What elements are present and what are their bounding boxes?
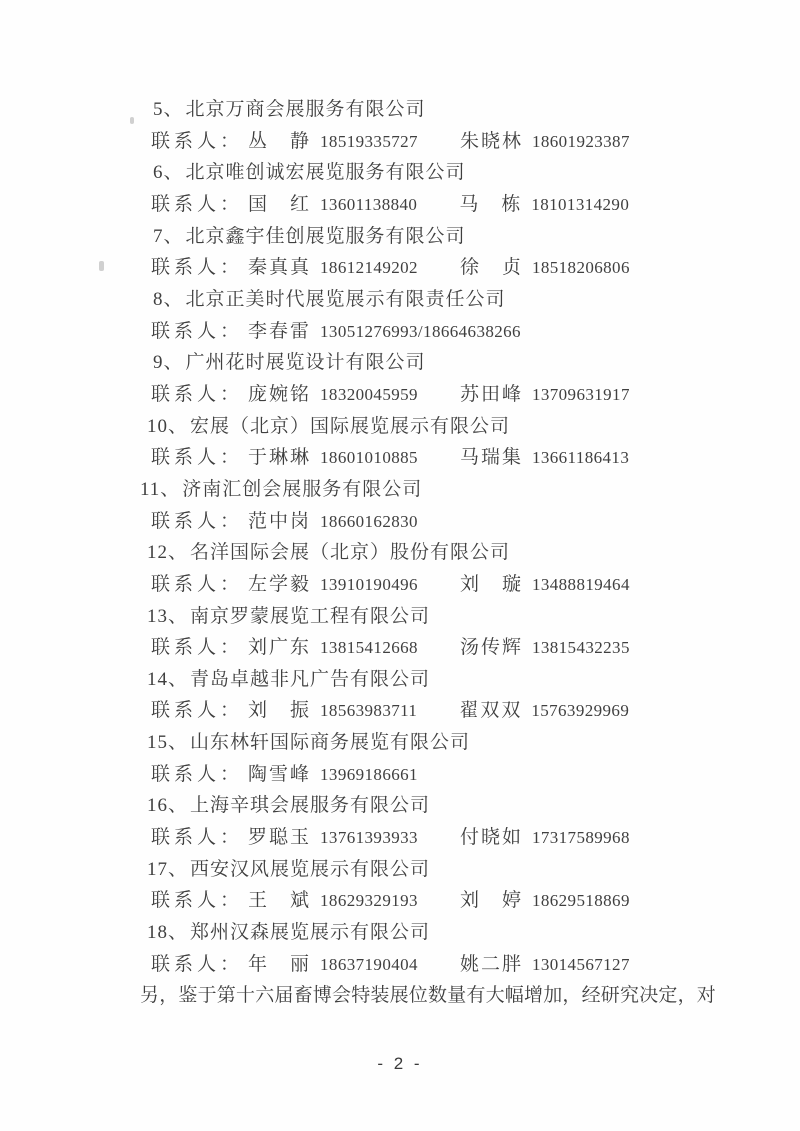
contact-name: 罗聪玉 [248,822,311,854]
company-name-line: 14、青岛卓越非凡广告有限公司 [140,664,700,696]
contact-phone: 18601923387 [532,126,630,158]
document-body: 5、北京万商会展服务有限公司 联系人： 丛 静18519335727朱晓林186… [140,94,700,980]
company-name-line: 15、山东林轩国际商务展览有限公司 [140,727,700,759]
entry-number: 7、 [153,226,184,247]
company-name-line: 7、北京鑫宇佳创展览服务有限公司 [140,221,700,253]
contact-phone: 18637190404 [320,949,418,981]
scan-artifact [130,117,134,124]
contact-label: 联系人： [151,126,243,158]
company-entry: 12、名洋国际会展（北京）股份有限公司 联系人： 左学毅13910190496刘… [140,537,700,600]
company-name: 济南汇创会展服务有限公司 [182,479,422,500]
contact-name: 国 红 [248,189,311,221]
contact-line: 联系人： 李春雷13051276993/18664638266 [140,316,700,348]
contact-line: 联系人： 丛 静18519335727朱晓林18601923387 [140,126,700,158]
contact-label: 联系人： [151,759,243,791]
entry-number: 10、 [147,416,188,437]
company-name-line: 11、济南汇创会展服务有限公司 [140,474,700,506]
contact-name: 姚二胖 [460,949,523,981]
contact-phone: 13709631917 [532,379,630,411]
company-name-line: 5、北京万商会展服务有限公司 [140,94,700,126]
company-entry: 15、山东林轩国际商务展览有限公司 联系人： 陶雪峰13969186661 [140,727,700,790]
contact-phone: 13661186413 [532,442,629,474]
contact-phone: 18629518869 [532,885,630,917]
contact-label: 联系人： [151,252,243,284]
contact-line: 联系人： 范中岗18660162830 [140,506,700,538]
contact-name: 丛 静 [248,126,311,158]
company-name: 上海辛琪会展服务有限公司 [190,795,430,816]
company-entry: 14、青岛卓越非凡广告有限公司 联系人： 刘 振18563983711翟双双15… [140,664,700,727]
contact-name: 苏田峰 [460,379,523,411]
contact-label: 联系人： [151,506,243,538]
contact-label: 联系人： [151,189,243,221]
contact-line: 联系人： 庞婉铭18320045959苏田峰13709631917 [140,379,700,411]
company-entry: 13、南京罗蒙展览工程有限公司 联系人： 刘广东13815412668汤传辉13… [140,601,700,664]
contact-name: 左学毅 [248,569,311,601]
contact-phone: 18660162830 [320,506,418,538]
entry-number: 18、 [147,922,188,943]
contact-phone: 18612149202 [320,252,418,284]
contact-line: 联系人： 陶雪峰13969186661 [140,759,700,791]
contact-phone: 13051276993/18664638266 [320,316,521,348]
contact-phone: 13815412668 [320,632,418,664]
contact-phone: 13910190496 [320,569,418,601]
contact-line: 联系人： 刘 振18563983711翟双双15763929969 [140,695,700,727]
company-name-line: 9、广州花时展览设计有限公司 [140,347,700,379]
company-entry: 6、北京唯创诚宏展览服务有限公司 联系人： 国 红13601138840马 栋1… [140,157,700,220]
entry-number: 5、 [153,99,184,120]
contact-phone: 13014567127 [532,949,630,981]
company-entry: 16、上海辛琪会展服务有限公司 联系人： 罗聪玉13761393933付晓如17… [140,790,700,853]
contact-name: 付晓如 [460,822,523,854]
contact-phone: 13488819464 [532,569,630,601]
entry-number: 16、 [147,795,188,816]
company-name: 广州花时展览设计有限公司 [186,352,426,373]
company-name: 南京罗蒙展览工程有限公司 [190,606,430,627]
contact-line: 联系人： 左学毅13910190496刘 璇13488819464 [140,569,700,601]
contact-label: 联系人： [151,316,243,348]
contact-name: 刘 振 [248,695,311,727]
contact-phone: 13969186661 [320,759,418,791]
contact-label: 联系人： [151,822,243,854]
company-name-line: 10、宏展（北京）国际展览展示有限公司 [140,411,700,443]
company-entry: 8、北京正美时代展览展示有限责任公司 联系人： 李春雷13051276993/1… [140,284,700,347]
company-name: 郑州汉森展览展示有限公司 [190,922,430,943]
contact-name: 陶雪峰 [248,759,311,791]
contact-name: 刘广东 [248,632,311,664]
company-name-line: 13、南京罗蒙展览工程有限公司 [140,601,700,633]
company-name-line: 16、上海辛琪会展服务有限公司 [140,790,700,822]
company-name: 北京正美时代展览展示有限责任公司 [186,289,506,310]
company-name-line: 12、名洋国际会展（北京）股份有限公司 [140,537,700,569]
contact-name: 王 斌 [248,885,311,917]
contact-phone: 18629329193 [320,885,418,917]
contact-phone: 18518206806 [532,252,630,284]
company-name-line: 6、北京唯创诚宏展览服务有限公司 [140,157,700,189]
contact-name: 秦真真 [248,252,311,284]
contact-line: 联系人： 国 红13601138840马 栋18101314290 [140,189,700,221]
contact-name: 朱晓林 [460,126,523,158]
contact-line: 联系人： 王 斌18629329193刘 婷18629518869 [140,885,700,917]
company-entry: 17、西安汉风展览展示有限公司 联系人： 王 斌18629329193刘 婷18… [140,854,700,917]
contact-name: 年 丽 [248,949,311,981]
contact-phone: 15763929969 [531,695,629,727]
company-name: 北京万商会展服务有限公司 [186,99,426,120]
company-name: 山东林轩国际商务展览有限公司 [190,732,470,753]
contact-label: 联系人： [151,885,243,917]
entry-number: 9、 [153,352,184,373]
contact-phone: 18519335727 [320,126,418,158]
contact-name: 翟双双 [459,695,522,727]
contact-line: 联系人： 年 丽18637190404姚二胖13014567127 [140,949,700,981]
contact-label: 联系人： [151,442,243,474]
company-name: 北京唯创诚宏展览服务有限公司 [186,162,466,183]
entry-number: 6、 [153,162,184,183]
entry-number: 14、 [147,669,188,690]
company-name: 宏展（北京）国际展览展示有限公司 [190,416,510,437]
contact-name: 范中岗 [248,506,311,538]
contact-phone: 18320045959 [320,379,418,411]
contact-name: 汤传辉 [460,632,523,664]
page-number: - 2 - [0,1049,800,1079]
contact-name: 马瑞集 [460,442,523,474]
company-entry: 11、济南汇创会展服务有限公司 联系人： 范中岗18660162830 [140,474,700,537]
company-entry: 9、广州花时展览设计有限公司 联系人： 庞婉铭18320045959苏田峰137… [140,347,700,410]
entry-number: 8、 [153,289,184,310]
contact-label: 联系人： [151,379,243,411]
company-name: 青岛卓越非凡广告有限公司 [190,669,430,690]
contact-line: 联系人： 秦真真18612149202徐 贞18518206806 [140,252,700,284]
entry-number: 15、 [147,732,188,753]
contact-label: 联系人： [151,695,243,727]
company-name-line: 8、北京正美时代展览展示有限责任公司 [140,284,700,316]
entry-number: 11、 [140,479,180,500]
entry-number: 17、 [147,859,188,880]
contact-name: 刘 婷 [460,885,523,917]
contact-phone: 13601138840 [320,189,417,221]
contact-line: 联系人： 罗聪玉13761393933付晓如17317589968 [140,822,700,854]
contact-line: 联系人： 刘广东13815412668汤传辉13815432235 [140,632,700,664]
company-name-line: 18、郑州汉森展览展示有限公司 [140,917,700,949]
entry-number: 13、 [147,606,188,627]
document-page: 5、北京万商会展服务有限公司 联系人： 丛 静18519335727朱晓林186… [0,0,800,1131]
contact-line: 联系人： 于琳琳18601010885马瑞集13661186413 [140,442,700,474]
contact-name: 庞婉铭 [248,379,311,411]
company-name: 北京鑫宇佳创展览服务有限公司 [186,226,466,247]
contact-phone: 18563983711 [320,695,417,727]
company-entry: 5、北京万商会展服务有限公司 联系人： 丛 静18519335727朱晓林186… [140,94,700,157]
document-content: 5、北京万商会展服务有限公司 联系人： 丛 静18519335727朱晓林186… [140,94,700,1012]
contact-name: 徐 贞 [460,252,523,284]
contact-phone: 13761393933 [320,822,418,854]
contact-name: 马 栋 [459,189,522,221]
scan-artifact [99,261,104,271]
contact-label: 联系人： [151,949,243,981]
contact-phone: 18601010885 [320,442,418,474]
entry-number: 12、 [147,542,188,563]
contact-phone: 17317589968 [532,822,630,854]
company-name-line: 17、西安汉风展览展示有限公司 [140,854,700,886]
company-name: 西安汉风展览展示有限公司 [190,859,430,880]
contact-phone: 13815432235 [532,632,630,664]
company-entry: 7、北京鑫宇佳创展览服务有限公司 联系人： 秦真真18612149202徐 贞1… [140,221,700,284]
contact-name: 刘 璇 [460,569,523,601]
contact-phone: 18101314290 [531,189,629,221]
contact-name: 于琳琳 [248,442,311,474]
company-entry: 18、郑州汉森展览展示有限公司 联系人： 年 丽18637190404姚二胖13… [140,917,700,980]
contact-name: 李春雷 [248,316,311,348]
closing-paragraph: 另，鉴于第十六届畜博会特装展位数量有大幅增加，经研究决定，对 [140,980,700,1012]
company-entry: 10、宏展（北京）国际展览展示有限公司 联系人： 于琳琳18601010885马… [140,411,700,474]
contact-label: 联系人： [151,569,243,601]
contact-label: 联系人： [151,632,243,664]
company-name: 名洋国际会展（北京）股份有限公司 [190,542,510,563]
